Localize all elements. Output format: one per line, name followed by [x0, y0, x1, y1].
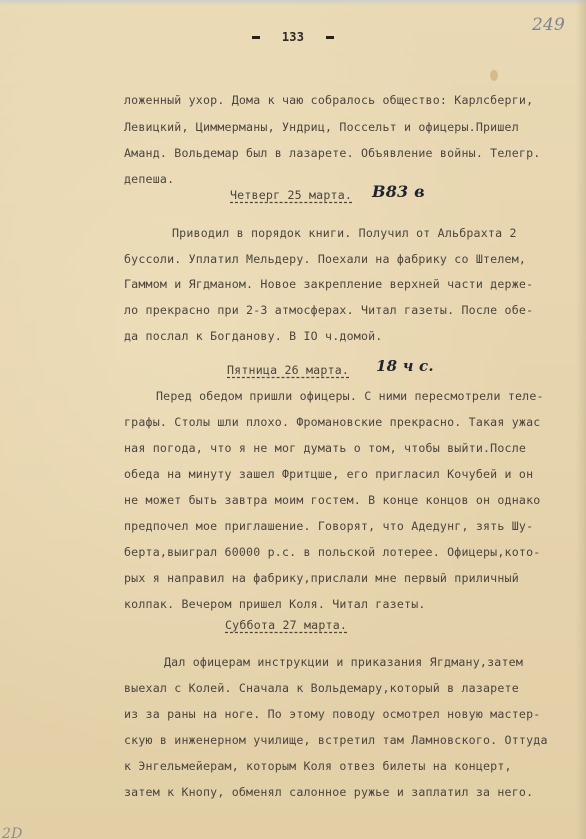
- paper-stain: [490, 70, 498, 81]
- text-line: ло прекрасно при 2-3 атмосферах. Читал г…: [124, 303, 533, 317]
- page-right-edge: [576, 0, 586, 839]
- handwritten-annotation: В83 в: [372, 182, 425, 201]
- text-line: из за раны на ноге. По этому поводу осмо…: [124, 707, 540, 721]
- text-line: депеша.: [124, 172, 174, 186]
- text-line: Левицкий, Циммерманы, Ундриц, Поссельт и…: [124, 120, 519, 134]
- archive-folio-number: 249: [532, 15, 565, 35]
- text-line: затем к Кнопу, обменял салонное ружье и …: [124, 785, 533, 799]
- text-line: не может быть завтра моим гостем. В конц…: [124, 493, 540, 507]
- text-line: рых я направил на фабрику,прислали мне п…: [124, 571, 519, 585]
- corner-pencil-mark: 2D: [2, 826, 23, 839]
- page-top-edge: [0, 0, 586, 5]
- page-number-text: 133: [282, 30, 304, 44]
- entry-heading-friday: Пятница 26 марта.: [227, 363, 349, 377]
- text-line: ложенный ухор. Дома к чаю собралось обще…: [124, 93, 533, 107]
- page-number: 133: [0, 30, 586, 44]
- text-line: к Энгельмейерам, которым Коля отвез биле…: [124, 759, 512, 773]
- dash-left: [252, 36, 260, 39]
- text-line: колпак. Вечером пришел Коля. Читал газет…: [124, 597, 426, 611]
- entry-heading-saturday: Суббота 27 марта.: [225, 618, 347, 632]
- text-line: да послал к Богданову. В IO ч.домой.: [124, 329, 382, 343]
- dash-right: [326, 36, 334, 39]
- text-line: Гаммом и Ягдманом. Новое закрепление вер…: [124, 277, 533, 291]
- text-line: обеда на минуту зашел Фритцше, его пригл…: [124, 467, 533, 481]
- document-page: 133 249 ложенный ухор. Дома к чаю собрал…: [0, 0, 586, 839]
- entry-heading-thursday: Четверг 25 марта.: [230, 188, 352, 202]
- text-line: Дал офицерам инструкции и приказания Ягд…: [164, 655, 523, 669]
- text-line: предпочел мое приглашение. Говорят, что …: [124, 519, 533, 533]
- text-line: буссоли. Уплатил Мельдеру. Поехали на фа…: [124, 252, 526, 266]
- text-line: графы. Столы шли плохо. Фромановские пре…: [124, 415, 540, 429]
- text-line: скую в инженерном училище, встретил там …: [124, 733, 548, 747]
- text-line: выехал с Колей. Сначала к Вольдемару,кот…: [124, 681, 519, 695]
- handwritten-annotation: 18 ч с.: [376, 357, 434, 375]
- text-line: берта,выиграл 60000 р.с. в польской лоте…: [124, 545, 540, 559]
- text-line: Приводил в порядок книги. Получил от Аль…: [172, 226, 517, 240]
- text-line: Перед обедом пришли офицеры. С ними пере…: [156, 389, 544, 403]
- text-line: Аманд. Вольдемар был в лазарете. Объявле…: [124, 146, 540, 160]
- text-line: ная погода, что я не мог думать о том, ч…: [124, 441, 526, 455]
